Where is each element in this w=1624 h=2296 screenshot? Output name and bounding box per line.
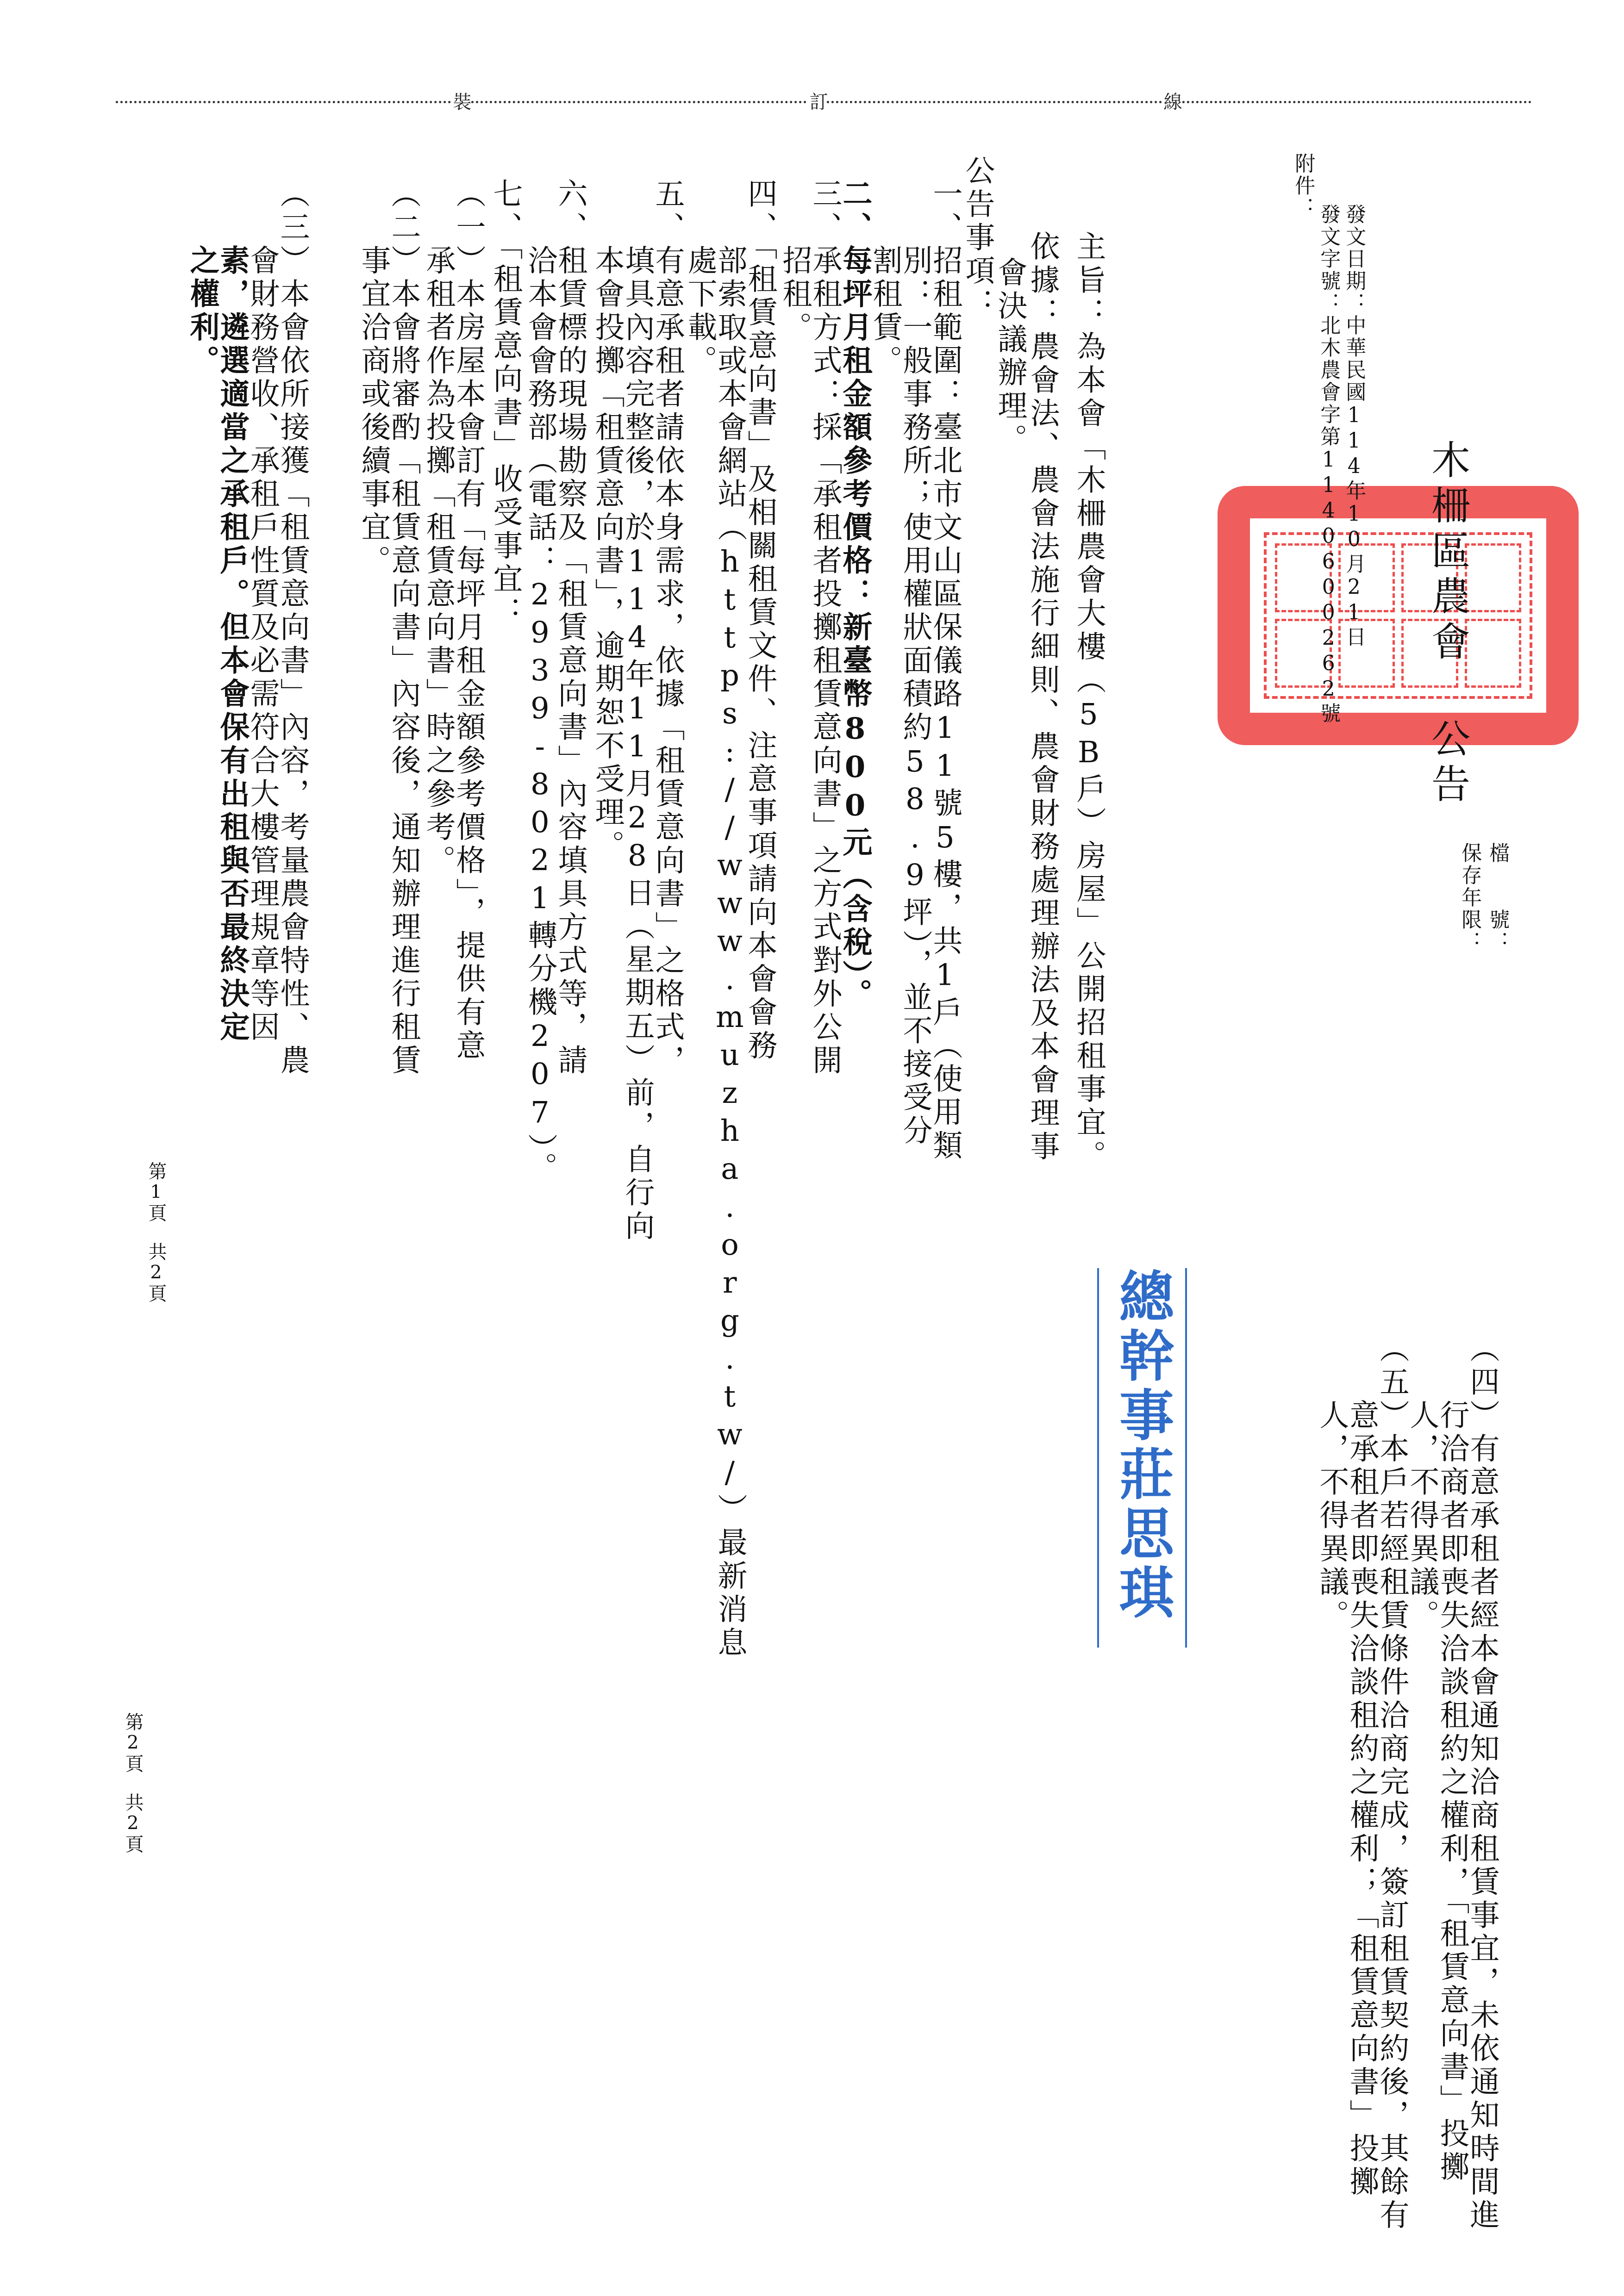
document-title: 木柵區農會 公告 bbox=[1417, 440, 1479, 809]
page-number-2: 第2頁 共2頁 bbox=[118, 1712, 148, 1854]
attachment-label: 附件： bbox=[1287, 153, 1318, 219]
binding-mark: 訂 bbox=[808, 90, 826, 112]
binding-mark: 裝 bbox=[451, 90, 470, 112]
item-7-5-line-3: 人，不得異議。 bbox=[1308, 1333, 1355, 1633]
retention-label: 保存年限： bbox=[1454, 842, 1485, 953]
item-4-line-2: 部索取或本會網站（https://www.muzha.org.tw/）最新消息 bbox=[706, 178, 753, 1660]
binding-mark: 線 bbox=[1162, 90, 1181, 112]
document-number: 發文字號：北木農會字第1140600262號 bbox=[1312, 153, 1375, 725]
signature-seal: 總幹事莊思琪 bbox=[1097, 1268, 1187, 1648]
archive-number-label: 檔 號： bbox=[1481, 842, 1513, 953]
item-7-2-line-2: 事宜洽商或後續事宜。 bbox=[350, 178, 397, 578]
document-number-label: 發文字號： bbox=[1317, 204, 1340, 315]
document-number-value: 北木農會字第1140600262號 bbox=[1317, 315, 1340, 725]
item-7-3-line-4: 之權利。 bbox=[178, 178, 225, 378]
page-number-1: 第1頁 共2頁 bbox=[141, 1162, 171, 1303]
